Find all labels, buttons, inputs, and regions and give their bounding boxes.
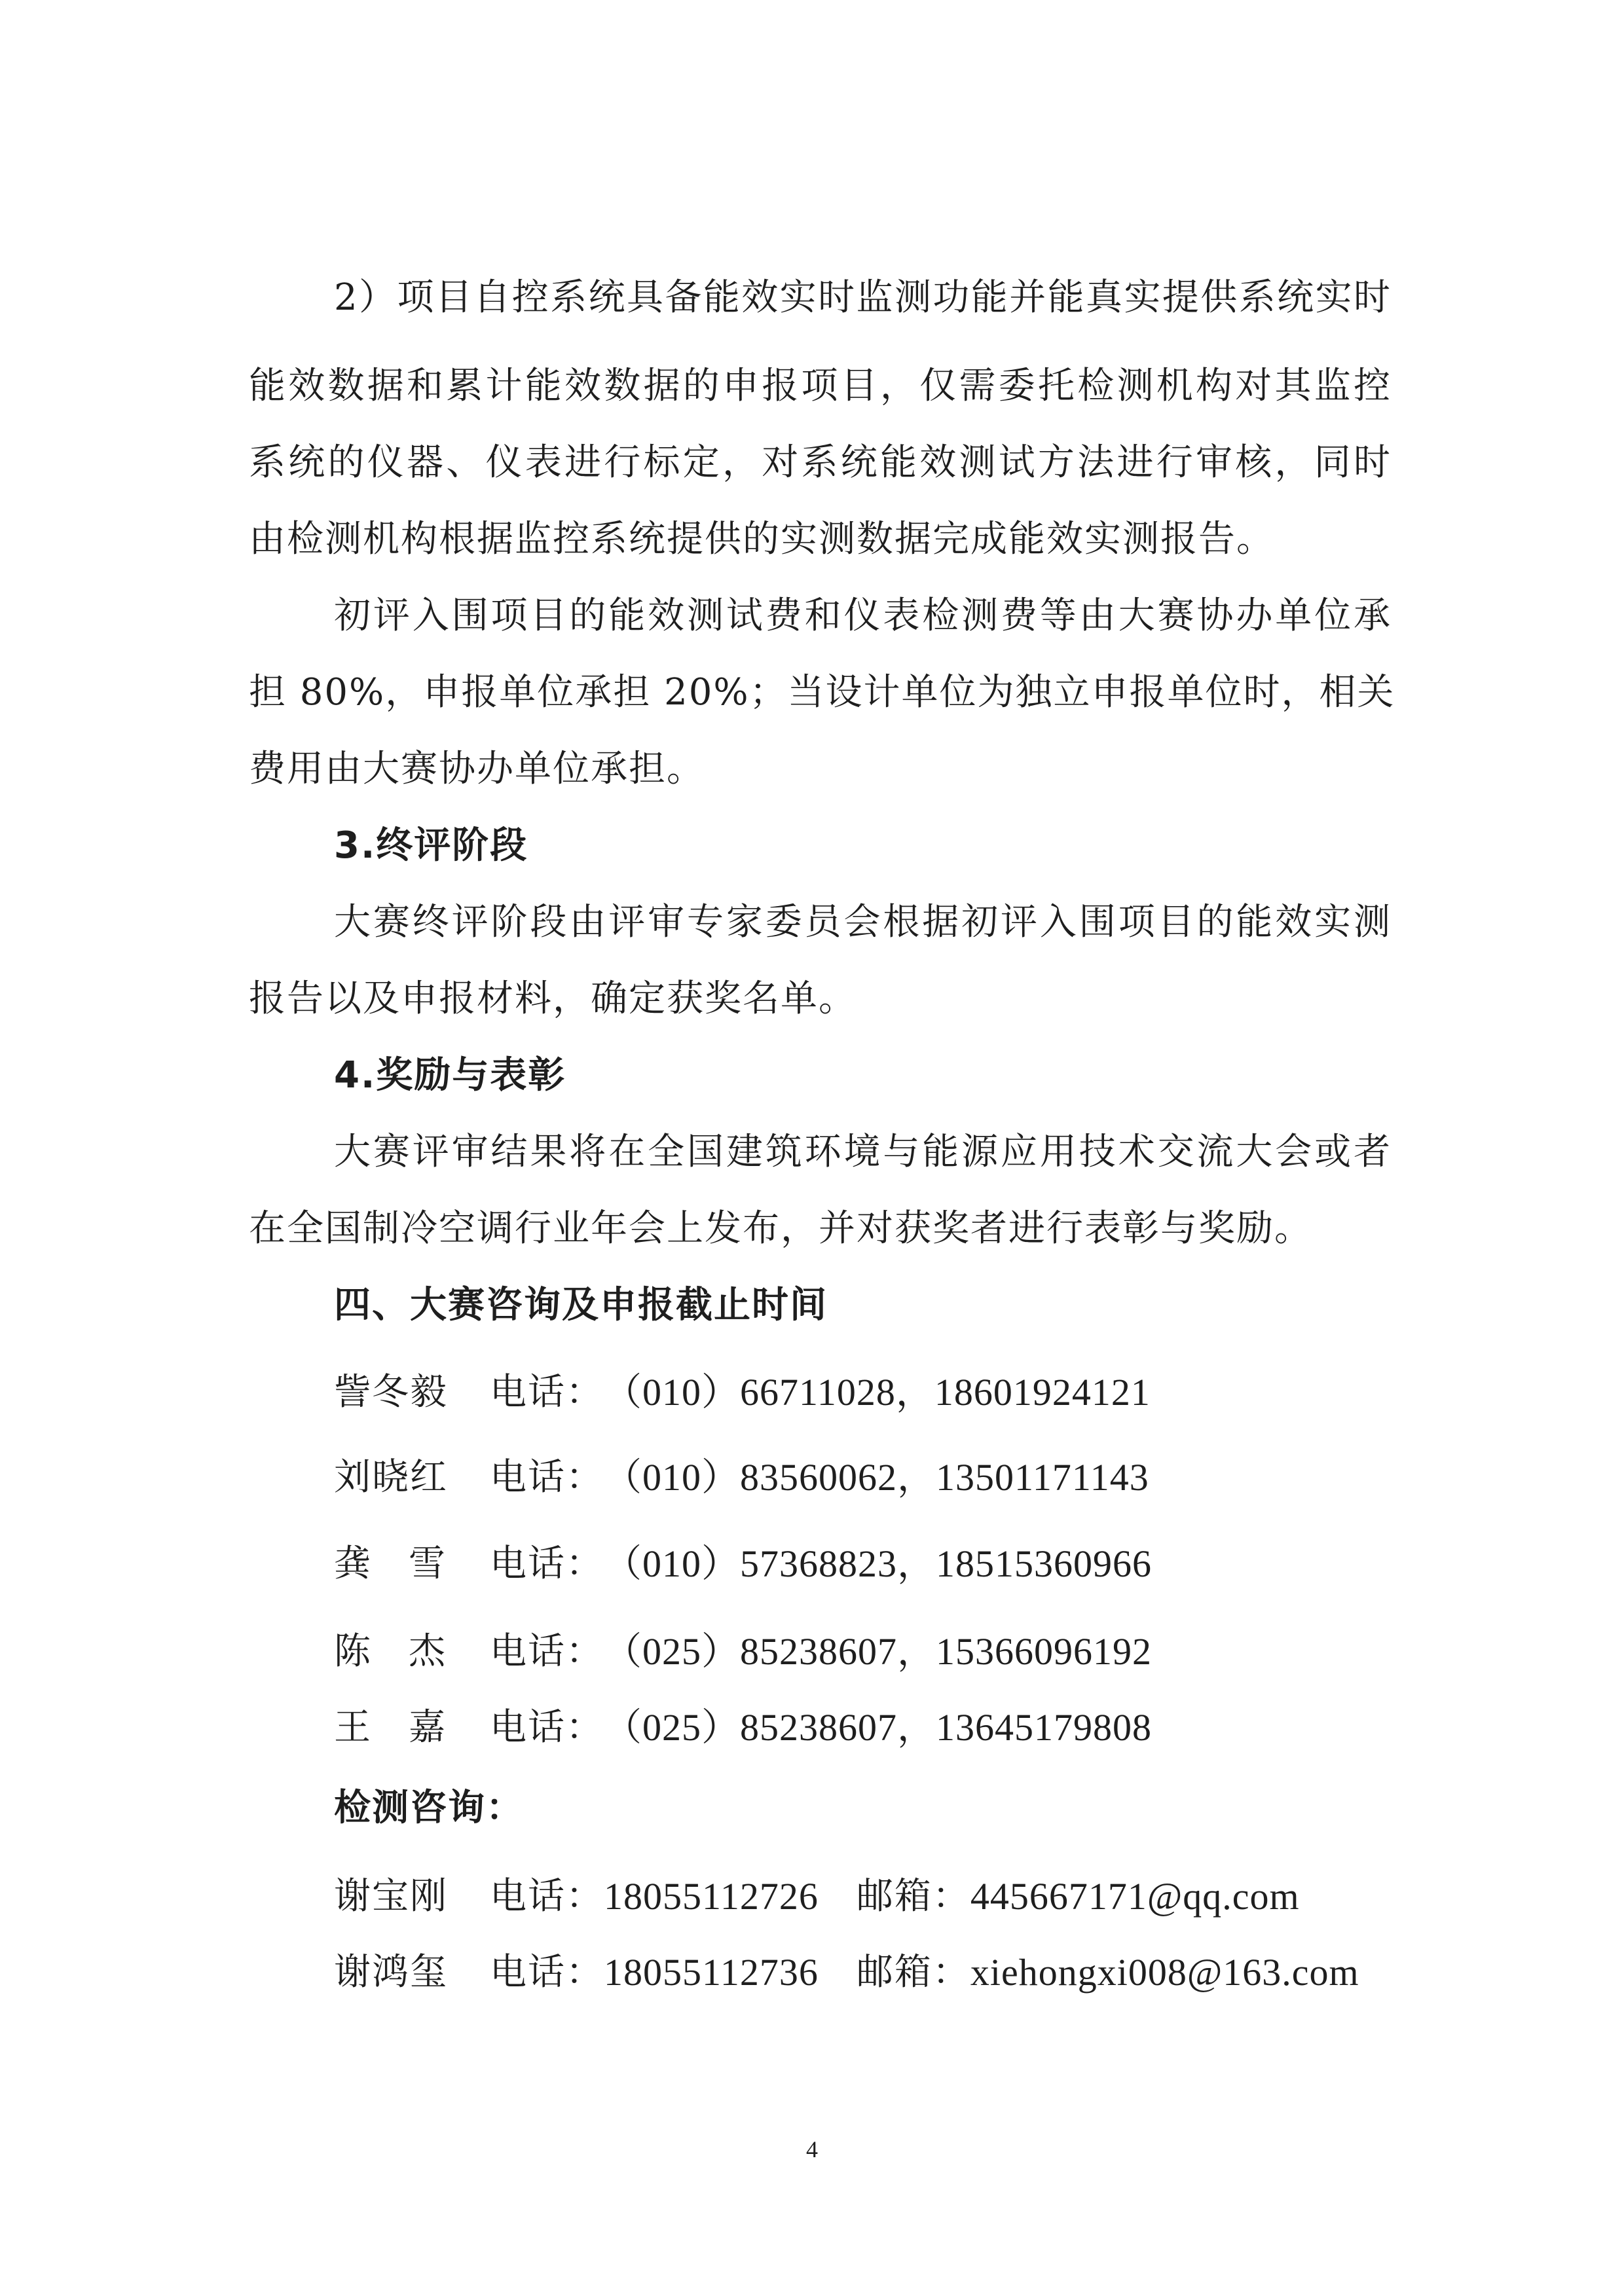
section-3-line-1: 大赛终评阶段由评审专家委员会根据初评入围项目的能效实测	[334, 900, 1392, 945]
section-4-heading: 4.奖励与表彰	[334, 1053, 566, 1099]
page-number: 4	[806, 2136, 818, 2163]
paragraph-2-line-4: 由检测机构根据监控系统提供的实测数据完成能效实测报告。	[249, 517, 1274, 562]
phone-label: 电话：	[490, 1629, 604, 1675]
name-char: 嘉	[409, 1705, 445, 1751]
phone-numbers: （010）66711028，18601924121	[604, 1370, 1151, 1415]
email-address[interactable]: 445667171@qq.com	[970, 1874, 1300, 1920]
name-char: 龚	[334, 1541, 371, 1587]
phone-numbers: （010）83560062，13501171143	[604, 1455, 1149, 1501]
contact-name: 訾冬毅	[334, 1370, 490, 1415]
contact-row: 龚 雪 电话： （010）57368823，18515360966	[334, 1541, 1152, 1587]
contact-name: 刘晓红	[334, 1455, 490, 1501]
phone-number: 18055112736	[604, 1950, 819, 1995]
section-3-line-2: 报告以及申报材料，确定获奖名单。	[249, 976, 857, 1022]
name-char: 王	[334, 1705, 371, 1751]
email-label: 邮箱：	[857, 1874, 970, 1920]
paragraph-2-line-2: 能效数据和累计能效数据的申报项目，仅需委托检测机构对其监控	[249, 363, 1392, 409]
email-label: 邮箱：	[857, 1950, 970, 1995]
testing-contact-row: 谢鸿玺 电话： 18055112736 邮箱： xiehongxi008@163…	[334, 1950, 1359, 1995]
phone-number: 18055112726	[604, 1874, 819, 1920]
phone-numbers: （025）85238607，13645179808	[604, 1705, 1152, 1751]
phone-numbers: （010）57368823，18515360966	[604, 1541, 1152, 1587]
phone-label: 电话：	[490, 1541, 604, 1587]
name-char: 陈	[334, 1629, 371, 1675]
phone-label: 电话：	[490, 1370, 604, 1415]
section-4-line-2: 在全国制冷空调行业年会上发布，并对获奖者进行表彰与奖励。	[249, 1206, 1312, 1252]
contact-row: 陈 杰 电话： （025）85238607，15366096192	[334, 1629, 1152, 1675]
section-3-heading: 3.终评阶段	[334, 823, 528, 869]
phone-label: 电话：	[490, 1455, 604, 1501]
fee-paragraph-line-3: 费用由大赛协办单位承担。	[249, 746, 705, 792]
section-4-line-1: 大赛评审结果将在全国建筑环境与能源应用技术交流大会或者	[334, 1129, 1392, 1175]
contact-row: 刘晓红 电话： （010）83560062，13501171143	[334, 1455, 1149, 1501]
contact-row: 訾冬毅 电话： （010）66711028，18601924121	[334, 1370, 1151, 1415]
phone-label: 电话：	[490, 1705, 604, 1751]
contact-name: 陈 杰	[334, 1629, 445, 1675]
phone-label: 电话：	[490, 1950, 604, 1995]
contact-row: 王 嘉 电话： （025）85238607，13645179808	[334, 1705, 1152, 1751]
fee-paragraph-line-1: 初评入围项目的能效测试费和仪表检测费等由大赛协办单位承	[334, 593, 1392, 639]
paragraph-2-line-3: 系统的仪器、仪表进行标定，对系统能效测试方法进行审核，同时	[249, 440, 1392, 486]
contact-name: 谢鸿玺	[334, 1950, 490, 1995]
phone-label: 电话：	[490, 1874, 604, 1920]
name-char: 杰	[409, 1629, 445, 1675]
contact-name: 谢宝刚	[334, 1874, 490, 1920]
fee-paragraph-line-2: 担 80%，申报单位承担 20%；当设计单位为独立申报单位时，相关	[249, 670, 1392, 716]
email-address[interactable]: xiehongxi008@163.com	[970, 1950, 1359, 1995]
phone-numbers: （025）85238607，15366096192	[604, 1629, 1152, 1675]
testing-consultation-heading: 检测咨询：	[334, 1785, 524, 1831]
testing-contact-row: 谢宝刚 电话： 18055112726 邮箱： 445667171@qq.com	[334, 1874, 1300, 1920]
paragraph-2-line-1: 2）项目自控系统具备能效实时监测功能并能真实提供系统实时	[334, 275, 1392, 321]
contact-name: 王 嘉	[334, 1705, 445, 1751]
name-char: 雪	[409, 1541, 445, 1587]
section-four-heading: 四、大赛咨询及申报截止时间	[334, 1283, 828, 1328]
contact-name: 龚 雪	[334, 1541, 445, 1587]
document-page: 2）项目自控系统具备能效实时监测功能并能真实提供系统实时 能效数据和累计能效数据…	[0, 0, 1624, 2296]
